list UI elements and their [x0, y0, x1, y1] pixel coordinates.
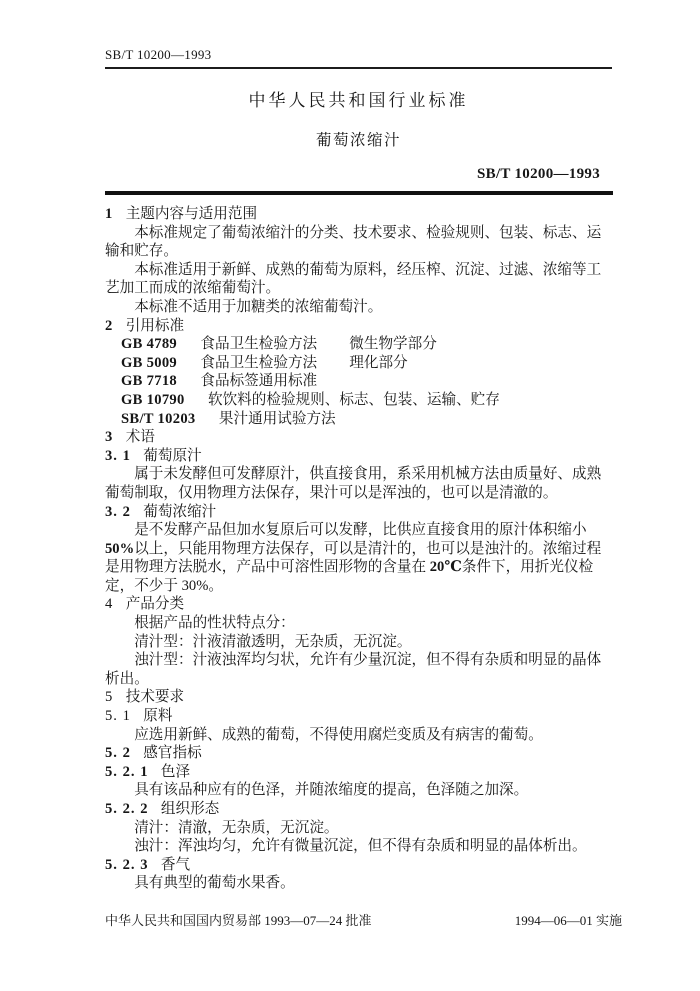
section-5-2-3-title: 香气: [161, 857, 190, 873]
section-5-1-number: 5. 1: [105, 708, 131, 724]
section-3-2-number: 3. 2: [105, 504, 131, 520]
section-5-2-title: 感官指标: [143, 745, 201, 761]
section-5-2-2-title: 组织形态: [161, 801, 219, 817]
section-4-paragraph-1: 根据产品的性状特点分：: [105, 614, 608, 633]
section-5-number: 5: [105, 689, 113, 705]
reference-item: GB 5009食品卫生检验方法理化部分: [105, 354, 608, 373]
section-1-paragraph-1: 本标准规定了葡萄浓缩汁的分类、技术要求、检验规则、包装、标志、运输和贮存。: [105, 224, 608, 261]
section-5-2-3-paragraph: 具有典型的葡萄水果香。: [105, 874, 608, 893]
section-3-2-heading: 3. 2葡萄浓缩汁: [105, 503, 608, 522]
section-5-2-2-heading: 5. 2. 2组织形态: [105, 800, 608, 819]
running-header-code: SB/T 10200—1993: [105, 47, 211, 63]
reference-item: SB/T 10203果汁通用试验方法: [105, 410, 608, 429]
section-5-2-1-paragraph: 具有该品种应有的色泽，并随浓缩度的提高，色泽随之加深。: [105, 781, 608, 800]
section-3-2-paragraph: 是不发酵产品但加水复原后可以发酵，比供应直接食用的原汁体积缩小50%以上，只能用…: [105, 521, 608, 595]
reference-code: GB 10790: [121, 392, 185, 408]
document-body: 1主题内容与适用范围 本标准规定了葡萄浓缩汁的分类、技术要求、检验规则、包装、标…: [105, 205, 608, 893]
reference-name: 软饮料的检验规则、标志、包装、运输、贮存: [208, 392, 500, 408]
section-3-heading: 3术语: [105, 428, 608, 447]
standard-code: SB/T 10200—1993: [105, 166, 600, 183]
section-5-2-2-number: 5. 2. 2: [105, 801, 148, 817]
section-3-1-number: 3. 1: [105, 448, 131, 464]
title-rule: [105, 191, 613, 195]
section-5-2-3-number: 5. 2. 3: [105, 857, 148, 873]
section-5-2-1-heading: 5. 2. 1色泽: [105, 763, 608, 782]
section-3-2-title: 葡萄浓缩汁: [143, 504, 216, 520]
section-2-heading: 2引用标准: [105, 317, 608, 336]
section-3-1-heading: 3. 1葡萄原汁: [105, 447, 608, 466]
section-5-title: 技术要求: [126, 689, 184, 705]
section-4-title: 产品分类: [126, 596, 184, 612]
bold-value-50-percent: 50%: [105, 541, 134, 557]
document-subtitle: 葡萄浓缩汁: [105, 128, 612, 150]
reference-code: GB 5009: [121, 355, 177, 371]
section-5-1-paragraph: 应选用新鲜、成熟的葡萄，不得使用腐烂变质及有病害的葡萄。: [105, 726, 608, 745]
section-5-2-1-title: 色泽: [161, 764, 190, 780]
section-5-2-1-number: 5. 2. 1: [105, 764, 148, 780]
document-title: 中华人民共和国行业标准: [105, 86, 612, 111]
section-4-heading: 4产品分类: [105, 595, 608, 614]
section-4-paragraph-3: 浊汁型：汁液浊浑均匀状，允许有少量沉淀，但不得有杂质和明显的晶体析出。: [105, 651, 608, 688]
section-5-1-heading: 5. 1原料: [105, 707, 608, 726]
section-5-2-2-paragraph-2: 浊汁：浑浊均匀，允许有微量沉淀，但不得有杂质和明显的晶体析出。: [105, 837, 608, 856]
section-3-title: 术语: [126, 429, 155, 445]
section-4-paragraph-2: 清汁型：汁液清澈透明，无杂质，无沉淀。: [105, 633, 608, 652]
page-footer: 中华人民共和国国内贸易部 1993—07—24 批准 1994—06—01 实施: [105, 910, 622, 929]
section-1-number: 1: [105, 206, 113, 222]
section-5-heading: 5技术要求: [105, 688, 608, 707]
reference-name: 果汁通用试验方法: [219, 411, 336, 427]
reference-code: GB 7718: [121, 373, 177, 389]
document-page: SB/T 10200—1993 中华人民共和国行业标准 葡萄浓缩汁 SB/T 1…: [0, 0, 700, 991]
reference-name: 食品标签通用标准: [200, 373, 317, 389]
section-5-2-heading: 5. 2感官指标: [105, 744, 608, 763]
section-3-1-title: 葡萄原汁: [143, 448, 201, 464]
reference-name: 食品卫生检验方法: [200, 355, 317, 371]
reference-item: GB 4789食品卫生检验方法微生物学部分: [105, 335, 608, 354]
section-3-number: 3: [105, 429, 113, 445]
section-2-number: 2: [105, 318, 113, 334]
reference-item: GB 7718食品标签通用标准: [105, 372, 608, 391]
section-3-1-paragraph: 属于未发酵但可发酵原汁，供直接食用，系采用机械方法由质量好、成熟葡萄制取，仅用物…: [105, 465, 608, 502]
section-1-paragraph-2: 本标准适用于新鲜、成熟的葡萄为原料，经压榨、沉淀、过滤、浓缩等工艺加工而成的浓缩…: [105, 261, 608, 298]
header-rule: [105, 67, 612, 69]
section-5-2-2-paragraph-1: 清汁：清澈，无杂质，无沉淀。: [105, 819, 608, 838]
bold-value-20c: 20℃: [430, 559, 462, 575]
implementation-note: 1994—06—01 实施: [515, 910, 622, 929]
section-5-1-title: 原料: [143, 708, 172, 724]
section-1-heading: 1主题内容与适用范围: [105, 205, 608, 224]
reference-part: 微生物学部分: [349, 336, 437, 352]
reference-code: SB/T 10203: [121, 411, 196, 427]
reference-item: GB 10790软饮料的检验规则、标志、包装、运输、贮存: [105, 391, 608, 410]
reference-name: 食品卫生检验方法: [200, 336, 317, 352]
section-4-number: 4: [105, 596, 113, 612]
section-2-title: 引用标准: [126, 318, 184, 334]
section-5-2-3-heading: 5. 2. 3香气: [105, 856, 608, 875]
section-1-paragraph-3: 本标准不适用于加糖类的浓缩葡萄汁。: [105, 298, 608, 317]
approval-note: 中华人民共和国国内贸易部 1993—07—24 批准: [105, 910, 372, 929]
section-1-title: 主题内容与适用范围: [126, 206, 257, 222]
section-5-2-number: 5. 2: [105, 745, 131, 761]
paragraph-text: 是不发酵产品但加水复原后可以发酵，比供应直接食用的原汁体积缩小: [134, 522, 586, 538]
reference-part: 理化部分: [349, 355, 407, 371]
reference-code: GB 4789: [121, 336, 177, 352]
